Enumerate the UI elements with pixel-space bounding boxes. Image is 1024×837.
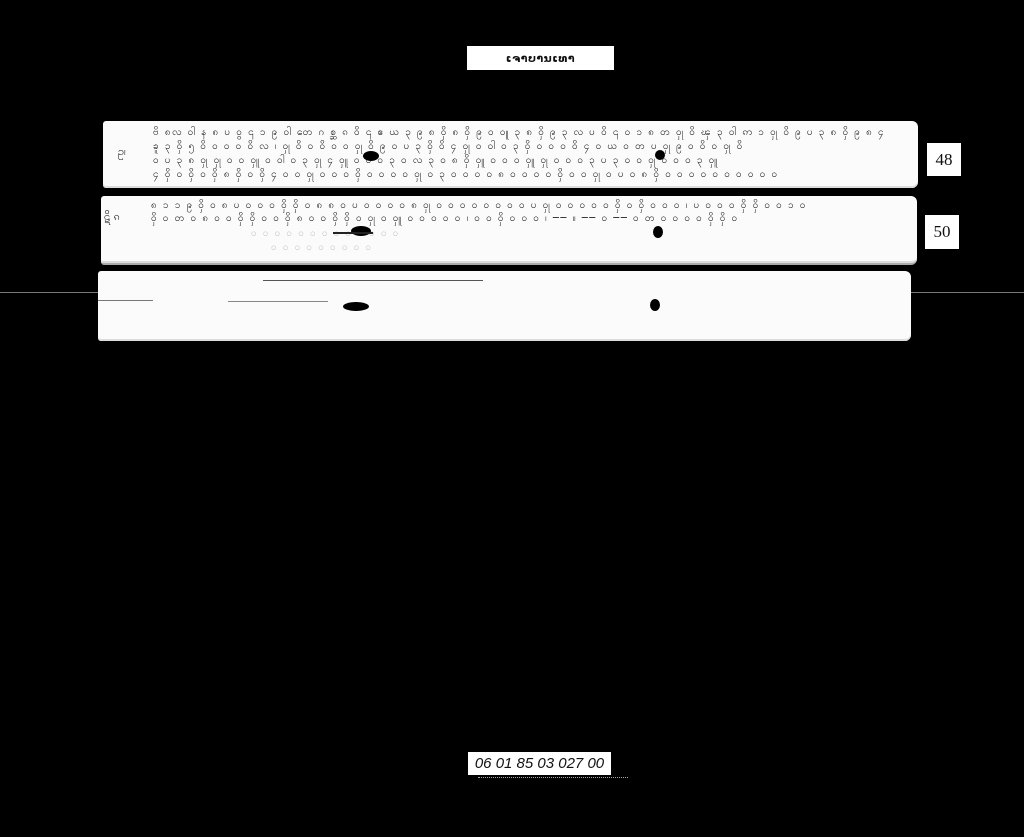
binding-hole	[655, 150, 665, 160]
page-number-label: 50	[925, 215, 959, 249]
palm-leaf-page-1: ဥ၊ ဗိ ၈လ ဝါ န ၈ ပ ၀ွ ၎ ၁ ၉ ဝါ ၀ော ဂ စ္ဆ …	[103, 121, 918, 188]
manuscript-text-line: ၀ ပ ၃ ၈ ၀ှု ၀ှု ၀ ၀ ၀ှူ ၀ ၀ါ ၀ ၃ ၀ှု ၄ ၀…	[153, 154, 906, 168]
manuscript-text-line: ၈ ၁ ၁ ၉ ၀ှိ ၀ ၈ ပ ၀ ၀ ၀ ၀ှိ ၀ှိ ၀ ၈ ၈ ၀ …	[151, 199, 905, 213]
palm-leaf-page-2: ဋိ ၵ ၈ ၁ ၁ ၉ ၀ှိ ၀ ၈ ပ ၀ ၀ ၀ ၀ှိ ၀ှိ ၀ ၈…	[101, 196, 917, 265]
faded-text-line: ၀ ၀ ၀ ၀ ၀ ၀ ၀ ၀ ၀	[271, 241, 467, 255]
palm-leaf-page-3-blank	[98, 271, 911, 341]
binding-hole	[650, 299, 660, 311]
manuscript-text-line: ၄ ၀ှိ ၀ ၀ှိ ၀ ၀ှိ ၈ ၀ှိ ၀ ၀ှိ ၄ ၀ ၀ ၀ှု …	[153, 168, 906, 182]
catalog-number-label: 06 01 85 03 027 00	[468, 752, 611, 775]
faded-text-line: ၀ ၀ ၀ ၀ ၀ ၀ ၀ ၀ ၀ ၀ ၀ ၀ ၀	[251, 227, 517, 241]
manuscript-text-line: ၀ှိ ၀ တ ၀ ၈ ၀ ၀ ၀ှိ ၀ှိ ၀ ၀ ၀ှိ ၈ ၀ ၀ ၀ှ…	[151, 212, 905, 226]
scan-noise	[478, 777, 628, 780]
page-number-label: 48	[927, 143, 961, 176]
scratch-line	[263, 280, 483, 281]
scratch-line	[98, 300, 153, 301]
manuscript-title-text: ເຈາບານເທາ	[506, 52, 575, 65]
binding-hole	[351, 226, 371, 236]
binding-hole	[363, 151, 379, 161]
manuscript-title-label: ເຈາບານເທາ	[467, 46, 614, 70]
ink-streak	[333, 232, 373, 234]
binding-hole	[653, 226, 663, 238]
page-number-text: 50	[934, 222, 951, 242]
binding-hole	[343, 302, 369, 311]
page-number-text: 48	[936, 150, 953, 170]
catalog-number-text: 06 01 85 03 027 00	[475, 755, 604, 772]
leaf-margin-mark: ဥ၊	[118, 145, 126, 161]
manuscript-text-line: ဗိ ၈လ ဝါ န ၈ ပ ၀ွ ၎ ၁ ၉ ဝါ ၀ော ဂ စ္ဆ ၵ ၀…	[153, 126, 906, 140]
manuscript-text-line: ၶူ ၃ ၀ှိ ၅ ၀ိ ၀ ၀ ၀ ၀ိ လ ၊ ၀ှု ၀ိ ၀ ၀ိ ၀…	[153, 140, 906, 154]
leaf-margin-mark: ဋိ ၵ	[104, 210, 120, 226]
scratch-line	[228, 301, 328, 302]
